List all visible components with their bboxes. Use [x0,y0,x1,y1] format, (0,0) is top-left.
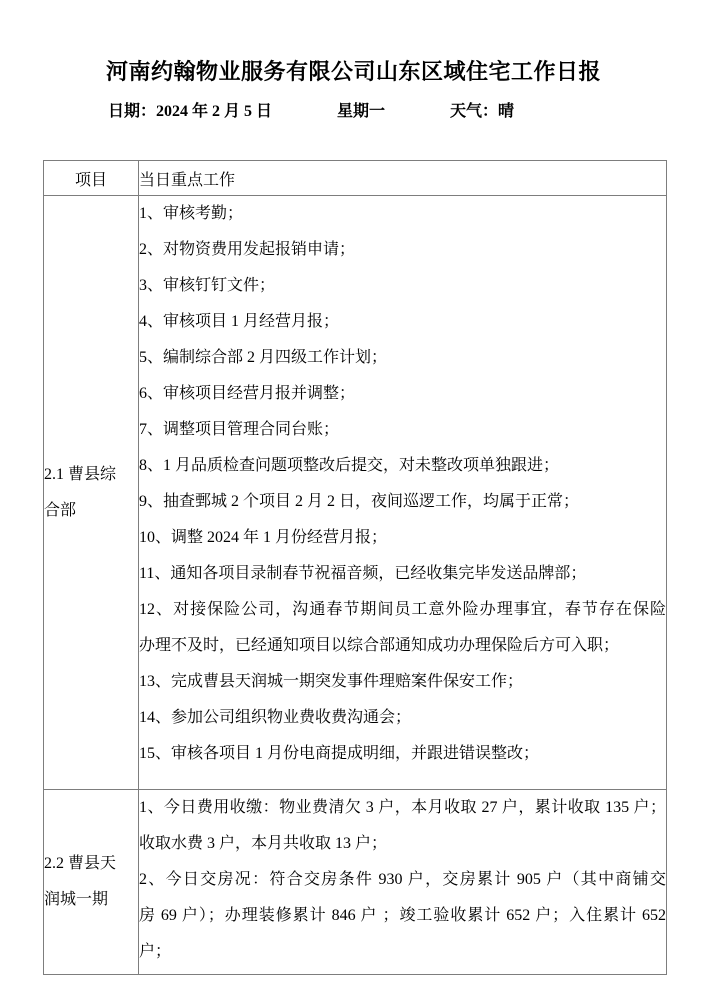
work-cell: 1、今日费用收缴：物业费清欠 3 户，本月收取 27 户，累计收取 135 户；… [139,790,667,975]
work-item-line: 3、审核钉钉文件； [139,268,666,304]
work-item-line: 2、对物资费用发起报销申请； [139,232,666,268]
work-item-line: 13、完成曹县天润城一期突发事件理赔案件保安工作； [139,664,666,700]
table-row: 2.2 曹县天润城一期 1、今日费用收缴：物业费清欠 3 户，本月收取 27 户… [44,790,667,975]
work-item-line: 办理不及时，已经通知项目以综合部通知成功办理保险后方可入职； [139,628,666,664]
weather-label: 天气：晴 [450,98,514,126]
work-item-line: 2、今日交房况：符合交房条件 930 户，交房累计 905 户（其中商铺交 [139,862,666,898]
weekday-label: 星期一 [337,98,385,126]
project-label-line: 合部 [44,493,138,529]
work-cell: 1、审核考勤；2、对物资费用发起报销申请；3、审核钉钉文件；4、审核项目 1 月… [139,196,667,790]
project-label-line: 2.1 曹县综 [44,457,138,493]
daily-report-table: 项目 当日重点工作 2.1 曹县综合部 1、审核考勤；2、对物资费用发起报销申请… [43,160,667,975]
document-page: 河南约翰物业服务有限公司山东区域住宅工作日报 日期：2024 年 2 月 5 日… [0,0,707,999]
table-header-project: 项目 [44,161,139,196]
work-item-line: 收取水费 3 户，本月共收取 13 户； [139,826,666,862]
work-item-line: 1、今日费用收缴：物业费清欠 3 户，本月收取 27 户，累计收取 135 户； [139,790,666,826]
work-item-line: 户； [139,934,666,970]
work-item-line: 15、审核各项目 1 月份电商提成明细，并跟进错误整改； [139,736,666,772]
work-item-line: 14、参加公司组织物业费收费沟通会； [139,700,666,736]
work-item-line: 12、对接保险公司，沟通春节期间员工意外险办理事宜，春节存在保险 [139,592,666,628]
work-item-line: 6、审核项目经营月报并调整； [139,376,666,412]
work-item-line: 4、审核项目 1 月经营月报； [139,304,666,340]
work-item-line: 7、调整项目管理合同台账； [139,412,666,448]
page-title: 河南约翰物业服务有限公司山东区域住宅工作日报 [0,56,707,88]
table-row: 2.1 曹县综合部 1、审核考勤；2、对物资费用发起报销申请；3、审核钉钉文件；… [44,196,667,790]
project-cell: 2.2 曹县天润城一期 [44,790,139,975]
work-item-line: 1、审核考勤； [139,196,666,232]
work-item-line: 房 69 户）；办理装修累计 846 户 ；竣工验收累计 652 户；入住累计 … [139,898,666,934]
project-cell: 2.1 曹县综合部 [44,196,139,790]
work-item-line: 11、通知各项目录制春节祝福音频，已经收集完毕发送品牌部； [139,556,666,592]
table-header-row: 项目 当日重点工作 [44,161,667,196]
project-label-line: 润城一期 [44,882,138,918]
work-item-line: 8、1 月品质检查问题项整改后提交，对未整改项单独跟进； [139,448,666,484]
work-item-line: 5、编制综合部 2 月四级工作计划； [139,340,666,376]
date-label: 日期：2024 年 2 月 5 日 [108,98,272,126]
table-header-work: 当日重点工作 [139,161,667,196]
work-item-line: 10、调整 2024 年 1 月份经营月报； [139,520,666,556]
date-line: 日期：2024 年 2 月 5 日 星期一 天气：晴 [108,98,707,126]
work-item-line: 9、抽查鄄城 2 个项目 2 月 2 日，夜间巡逻工作，均属于正常； [139,484,666,520]
project-label-line: 2.2 曹县天 [44,846,138,882]
